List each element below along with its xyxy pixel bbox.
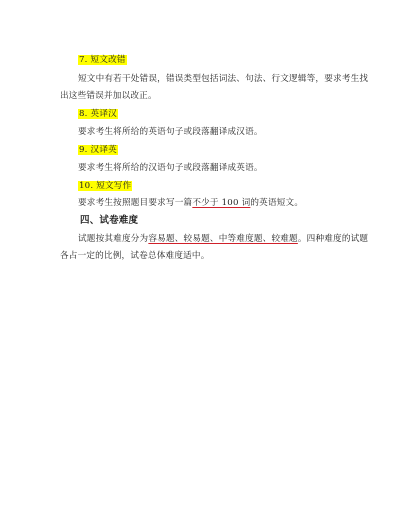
document-page: 7. 短文改错 短文中有若干处错误，错误类型包括词法、句法、行文逻辑等，要求考生… [0,0,400,509]
item-7-body-line-2: 出这些错误并加以改正。 [60,91,157,102]
item-8-heading: 8. 英译汉 [78,109,118,120]
item-7-body-line-1: 短文中有若干处错误，错误类型包括词法、句法、行文逻辑等，要求考生找 [78,74,368,85]
section-4-body-line-2: 各占一定的比例，试卷总体难度适中。 [60,251,210,262]
item-10-body: 要求考生按照题目要求写一篇不少于 100 词的英语短文。 [78,198,303,209]
item-9-body: 要求考生将所给的汉语句子或段落翻译成英语。 [78,163,263,174]
item-9-heading: 9. 汉译英 [78,145,118,156]
item-10-heading: 10. 短文写作 [78,181,132,192]
section-4-title: 四、试卷难度 [80,215,138,226]
section-4-body-line-1: 试题按其难度分为容易题、较易题、中等难度题、较难题。四种难度的试题 [78,234,368,245]
difficulty-levels: 容易题、较易题、中等难度题、较难题 [148,234,298,244]
word-count-requirement: 不少于 100 词 [192,198,250,208]
item-8-body: 要求考生将所给的英语句子或段落翻译成汉语。 [78,127,263,138]
item-7-heading: 7. 短文改错 [78,55,127,66]
